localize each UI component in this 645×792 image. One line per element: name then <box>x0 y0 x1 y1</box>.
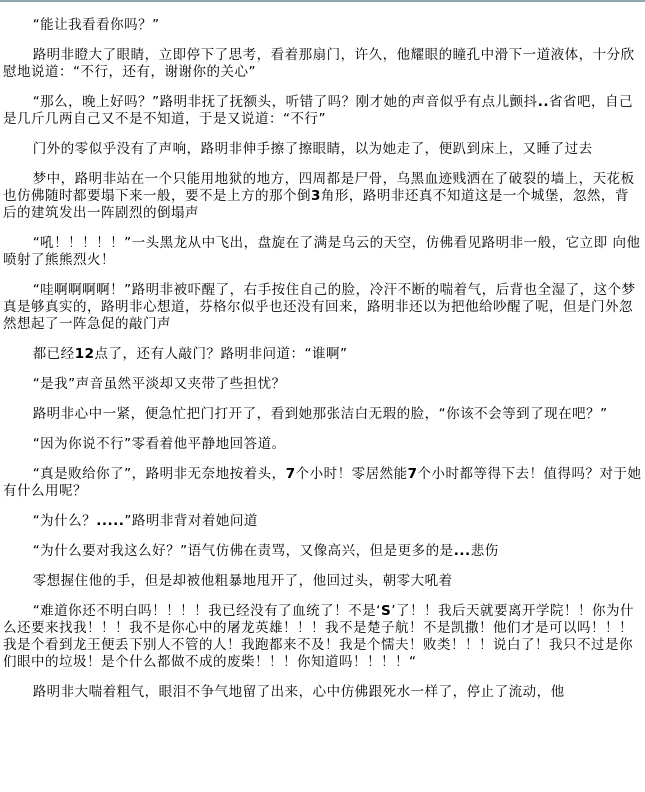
text-run: 路明非瞪大了眼睛，立即停下了思考，看着那扇门，许久，他耀眼的瞳孔中滑下一道液体，… <box>3 47 635 80</box>
text-run: 12 <box>75 346 95 362</box>
paragraph: “为什么要对我这么好？”语气仿佛在责骂，又像高兴，但是更多的是...悲伤 <box>3 543 642 560</box>
paragraph: “是我”声音虽然平淡却又夹带了些担忧？ <box>3 376 642 393</box>
text-run: 都已经 <box>33 346 75 362</box>
text-run: “难道你还不明白吗！！！！我已经没有了血统了！不是‘ <box>33 603 381 619</box>
text-run: ”路明非背对着她问道 <box>124 513 258 529</box>
paragraph: “因为你说不行”零看着他平静地回答道。 <box>3 436 642 453</box>
text-run: “真是败给你了”，路明非无奈地按着头， <box>33 466 286 482</box>
text-run: 点了，还有人敲门？路明非问道：“谁啊” <box>94 346 347 362</box>
text-run: 7 <box>286 466 296 482</box>
paragraph: 零想握住他的手，但是却被他粗暴地甩开了，他回过头，朝零大吼着 <box>3 573 642 590</box>
paragraph: 梦中，路明非站在一个只能用地狱的地方，四周都是尸骨，乌黑血迹贱洒在了破裂的墙上，… <box>3 171 642 222</box>
text-run: ..... <box>96 513 124 529</box>
text-run: 门外的零似乎没有了声响，路明非伸手擦了擦眼睛，以为她走了，便趴到床上，又睡了过去 <box>33 141 593 157</box>
document-body: “能让我看看你吗？”路明非瞪大了眼睛，立即停下了思考，看着那扇门，许久，他耀眼的… <box>0 2 645 701</box>
paragraph: 路明非心中一紧，便急忙把门打开了，看到她那张洁白无瑕的脸，“你该不会等到了现在吧… <box>3 406 642 423</box>
paragraph: 都已经12点了，还有人敲门？路明非问道：“谁啊” <box>3 346 642 363</box>
paragraph: “吼！！！！！”一头黑龙从中飞出，盘旋在了满是乌云的天空，仿佛看见路明非一般，它… <box>3 235 642 269</box>
text-run: “那么，晚上好吗？”路明非抚了抚额头，听错了吗？刚才她的声音似乎有点儿颤抖 <box>33 94 538 110</box>
text-run: 零想握住他的手，但是却被他粗暴地甩开了，他回过头，朝零大吼着 <box>33 573 453 589</box>
text-run: 个小时！零居然能 <box>296 466 408 482</box>
text-run: “吼！！！！！”一头黑龙从中飞出，盘旋在了满是乌云的天空，仿佛看见路明非一般，它… <box>3 235 640 268</box>
text-run: S <box>381 603 391 619</box>
text-run: “能让我看看你吗？” <box>33 17 160 33</box>
paragraph: “那么，晚上好吗？”路明非抚了抚额头，听错了吗？刚才她的声音似乎有点儿颤抖..省… <box>3 94 642 128</box>
text-run: “为什么？ <box>33 513 97 529</box>
text-run: 悲伤 <box>471 543 499 559</box>
text-run: 3 <box>311 188 321 204</box>
text-run: 路明非大喘着粗气，眼泪不争气地留了出来，心中仿佛跟死水一样了，停止了流动，他 <box>33 684 565 700</box>
paragraph: 路明非大喘着粗气，眼泪不争气地留了出来，心中仿佛跟死水一样了，停止了流动，他 <box>3 684 642 701</box>
text-run: “因为你说不行”零看着他平静地回答道。 <box>33 436 286 452</box>
paragraph: “哇啊啊啊啊！”路明非被吓醒了，右手按住自己的脸，冷汗不断的喘着气，后背也全湿了… <box>3 282 642 333</box>
text-run: “是我”声音虽然平淡却又夹带了些担忧？ <box>33 376 286 392</box>
paragraph: “真是败给你了”，路明非无奈地按着头，7个小时！零居然能7个小时都等得下去！值得… <box>3 466 642 500</box>
text-run: 7 <box>408 466 418 482</box>
paragraph: 路明非瞪大了眼睛，立即停下了思考，看着那扇门，许久，他耀眼的瞳孔中滑下一道液体，… <box>3 47 642 81</box>
text-run: 路明非心中一紧，便急忙把门打开了，看到她那张洁白无瑕的脸，“你该不会等到了现在吧… <box>33 406 608 422</box>
text-run: .. <box>538 94 549 110</box>
text-run: “为什么要对我这么好？”语气仿佛在责骂，又像高兴，但是更多的是 <box>33 543 454 559</box>
paragraph: “为什么？.....”路明非背对着她问道 <box>3 513 642 530</box>
paragraph: 门外的零似乎没有了声响，路明非伸手擦了擦眼睛，以为她走了，便趴到床上，又睡了过去 <box>3 141 642 158</box>
text-run: ... <box>454 543 471 559</box>
paragraph: “能让我看看你吗？” <box>3 17 642 34</box>
text-run: “哇啊啊啊啊！”路明非被吓醒了，右手按住自己的脸，冷汗不断的喘着气，后背也全湿了… <box>3 282 636 332</box>
paragraph: “难道你还不明白吗！！！！我已经没有了血统了！不是‘S’了！！我后天就要离开学院… <box>3 603 642 671</box>
